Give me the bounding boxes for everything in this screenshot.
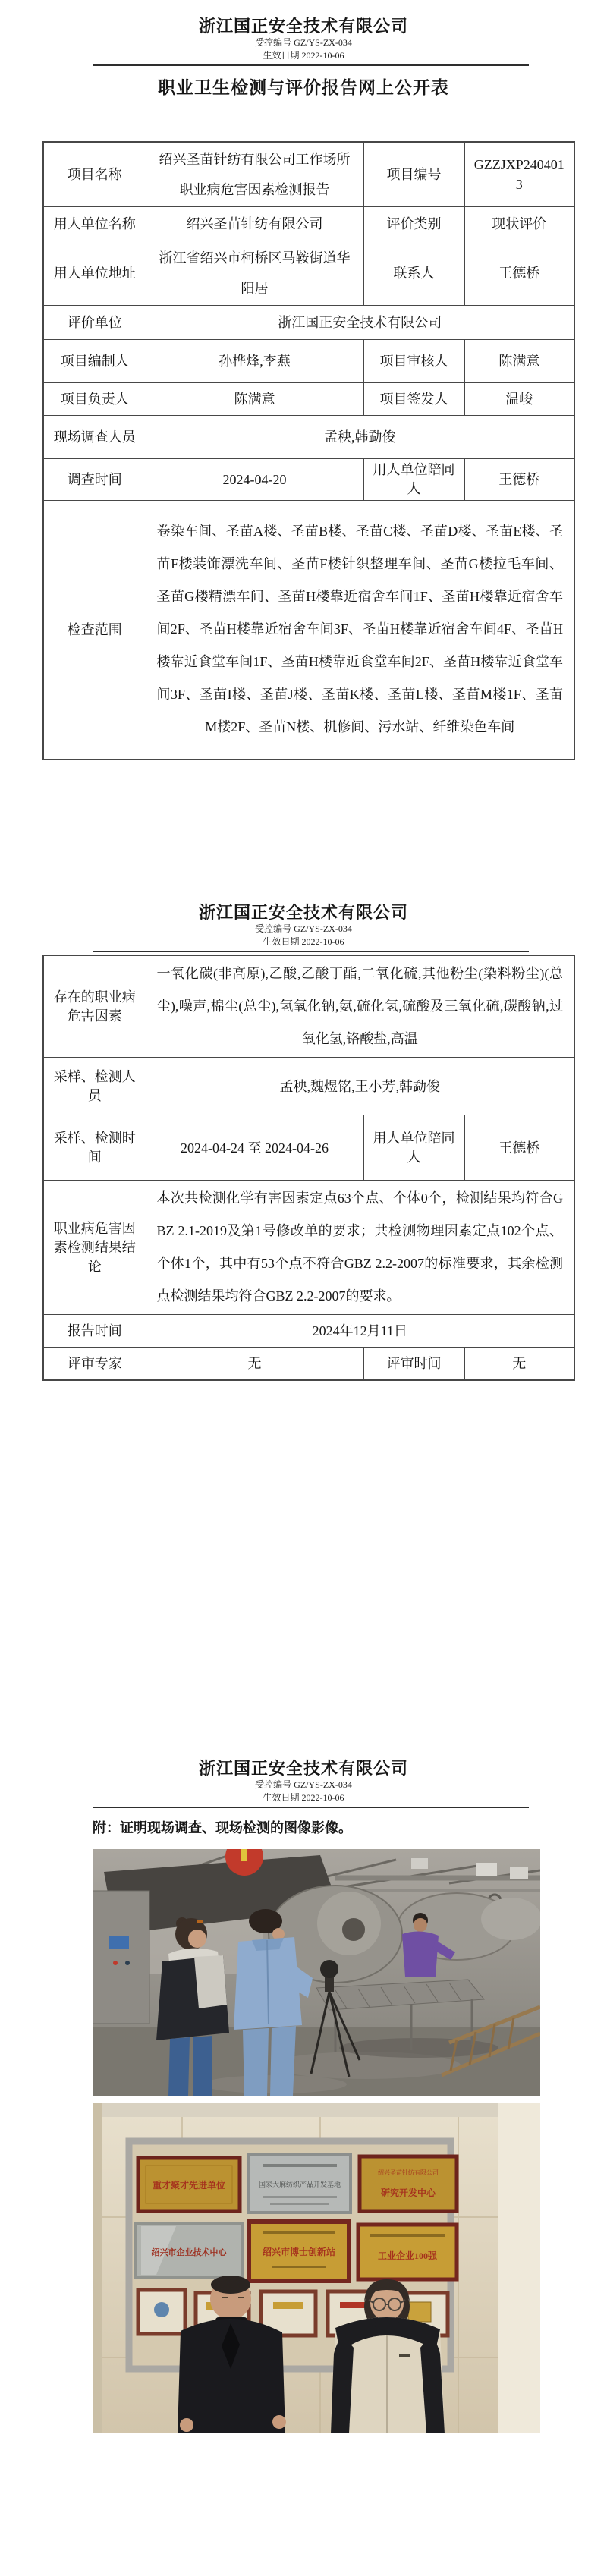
section-attachments: 浙江国正安全技术有限公司 受控编号 GZ/YS-ZX-034 生效日期 2022… — [0, 1759, 607, 2433]
review-time-value: 无 — [464, 1348, 574, 1380]
leader-label: 项目负责人 — [43, 383, 146, 416]
detection-results-table: 存在的职业病危害因素 一氧化碳(非高原),乙酸,乙酸丁酯,二氧化硫,其他粉尘(染… — [42, 955, 575, 1381]
plaque-text: 绍兴市博士创新站 — [263, 2246, 335, 2257]
table-row: 采样、检测人员 孟秧,魏煜铭,王小芳,韩勐俊 — [43, 1058, 574, 1115]
table-row: 职业病危害因素检测结果结论 本次共检测化学有害因素定点63个点、个体0个，检测结… — [43, 1181, 574, 1315]
header-rule — [93, 951, 529, 952]
table-row: 项目编制人 孙桦烽,李燕 项目审核人 陈满意 — [43, 340, 574, 383]
window — [510, 1867, 528, 1879]
compilers-label: 项目编制人 — [43, 340, 146, 383]
doc-header: 浙江国正安全技术有限公司 受控编号 GZ/YS-ZX-034 生效日期 2022… — [0, 1759, 607, 1804]
table-row: 采样、检测时间 2024-04-24 至 2024-04-26 用人单位陪同人 … — [43, 1115, 574, 1181]
issuer-value: 温峻 — [464, 383, 574, 416]
project-no-label: 项目编号 — [363, 142, 464, 207]
evaluation-org-label: 评价单位 — [43, 306, 146, 340]
plaque-text: 研究开发中心 — [380, 2187, 436, 2198]
employer-address-value: 浙江省绍兴市柯桥区马鞍街道华阳居 — [146, 241, 363, 306]
contact-value: 王德桥 — [464, 241, 574, 306]
company-name: 浙江国正安全技术有限公司 — [0, 903, 607, 923]
conclusion-value: 本次共检测化学有害因素定点63个点、个体0个，检测结果均符合GBZ 2.1-20… — [146, 1181, 574, 1315]
review-expert-label: 评审专家 — [43, 1348, 146, 1380]
section-project-info: 浙江国正安全技术有限公司 受控编号 GZ/YS-ZX-034 生效日期 2022… — [0, 17, 607, 760]
inspection-scope-label: 检查范围 — [43, 501, 146, 760]
contact-label: 联系人 — [363, 241, 464, 306]
effective-date: 生效日期 2022-10-06 — [0, 1791, 607, 1804]
doc-header: 浙江国正安全技术有限公司 受控编号 GZ/YS-ZX-034 生效日期 2022… — [0, 903, 607, 948]
employer-escort-value: 王德桥 — [464, 459, 574, 501]
plaque-text: 国家大麻纺织产品开发基地 — [259, 2180, 341, 2188]
table-row: 项目名称 绍兴圣苗针纺有限公司工作场所职业病危害因素检测报告 项目编号 GZZJ… — [43, 142, 574, 207]
sampling-time-label: 采样、检测时间 — [43, 1115, 146, 1181]
award-wall-photo: 重才聚才先进单位 国家大麻纺织产品开发基地 绍兴圣苗针纺有限公司 研究开发中心 … — [93, 2103, 540, 2433]
report-date-label: 报告时间 — [43, 1315, 146, 1348]
table-row: 报告时间 2024年12月11日 — [43, 1315, 574, 1348]
plaque-silver-2: 绍兴市企业技术中心 — [135, 2223, 243, 2278]
issuer-label: 项目签发人 — [363, 383, 464, 416]
wall-edge — [93, 2103, 102, 2433]
plaque-text: 绍兴圣苗针纺有限公司 — [378, 2169, 439, 2176]
project-name-label: 项目名称 — [43, 142, 146, 207]
report-page: 浙江国正安全技术有限公司 受控编号 GZ/YS-ZX-034 生效日期 2022… — [0, 0, 607, 2576]
doc-header: 浙江国正安全技术有限公司 受控编号 GZ/YS-ZX-034 生效日期 2022… — [0, 17, 607, 62]
header-rule — [93, 64, 529, 66]
employer-escort-label: 用人单位陪同人 — [363, 459, 464, 501]
table-row: 存在的职业病危害因素 一氧化碳(非高原),乙酸,乙酸丁酯,二氧化硫,其他粉尘(染… — [43, 955, 574, 1058]
employer-address-label: 用人单位地址 — [43, 241, 146, 306]
samplers-value: 孟秧,魏煜铭,王小芳,韩勐俊 — [146, 1058, 574, 1115]
plaque-silver-1: 国家大麻纺织产品开发基地 — [249, 2155, 351, 2213]
sign-mark — [241, 1849, 247, 1861]
controlled-number: 受控编号 GZ/YS-ZX-034 — [0, 1779, 607, 1791]
factory-inspection-photo — [93, 1849, 540, 2096]
table-row: 评审专家 无 评审时间 无 — [43, 1348, 574, 1380]
project-name-value: 绍兴圣苗针纺有限公司工作场所职业病危害因素检测报告 — [146, 142, 363, 207]
compilers-value: 孙桦烽,李燕 — [146, 340, 363, 383]
evaluation-type-value: 现状评价 — [464, 207, 574, 241]
sampling-time-value: 2024-04-24 至 2024-04-26 — [146, 1115, 363, 1181]
report-date-value: 2024年12月11日 — [146, 1315, 574, 1348]
plaque-gold-4: 工业企业100强 — [358, 2225, 457, 2279]
table-row: 用人单位名称 绍兴圣苗针纺有限公司 评价类别 现状评价 — [43, 207, 574, 241]
project-info-table: 项目名称 绍兴圣苗针纺有限公司工作场所职业病危害因素检测报告 项目编号 GZZJ… — [42, 141, 575, 760]
employer-name-label: 用人单位名称 — [43, 207, 146, 241]
table-row: 检查范围 卷染车间、圣苗A楼、圣苗B楼、圣苗C楼、圣苗D楼、圣苗E楼、圣苗F楼装… — [43, 501, 574, 760]
jacket-logo — [399, 2354, 410, 2357]
evaluation-type-label: 评价类别 — [363, 207, 464, 241]
table-row: 现场调查人员 孟秧,韩勐俊 — [43, 416, 574, 459]
employer-name-value: 绍兴圣苗针纺有限公司 — [146, 207, 363, 241]
project-no-value: GZZJXP2404013 — [464, 142, 574, 207]
hazards-label: 存在的职业病危害因素 — [43, 955, 146, 1058]
company-name: 浙江国正安全技术有限公司 — [0, 17, 607, 36]
hazards-value: 一氧化碳(非高原),乙酸,乙酸丁酯,二氧化硫,其他粉尘(染料粉尘)(总尘),噪声… — [146, 955, 574, 1058]
survey-date-value: 2024-04-20 — [146, 459, 363, 501]
form-title: 职业卫生检测与评价报告网上公开表 — [0, 76, 607, 99]
survey-date-label: 调查时间 — [43, 459, 146, 501]
review-expert-value: 无 — [146, 1348, 363, 1380]
leader-value: 陈满意 — [146, 383, 363, 416]
window — [411, 1858, 428, 1869]
wall-pillar — [498, 2103, 540, 2433]
section-detection-results: 浙江国正安全技术有限公司 受控编号 GZ/YS-ZX-034 生效日期 2022… — [0, 903, 607, 1381]
evaluation-org-value: 浙江国正安全技术有限公司 — [146, 306, 574, 340]
hair-clip — [197, 1920, 203, 1923]
field-investigators-label: 现场调查人员 — [43, 416, 146, 459]
table-row: 项目负责人 陈满意 项目签发人 温峻 — [43, 383, 574, 416]
plaque-text: 重才聚才先进单位 — [153, 2179, 225, 2191]
controlled-number: 受控编号 GZ/YS-ZX-034 — [0, 36, 607, 49]
control-panel — [93, 1891, 149, 2024]
plaque-gold-3: 绍兴市博士创新站 — [249, 2222, 349, 2281]
conclusion-label: 职业病危害因素检测结果结论 — [43, 1181, 146, 1315]
attachment-note: 附：证明现场调查、现场检测的图像影像。 — [93, 1819, 607, 1837]
inspection-scope-value: 卷染车间、圣苗A楼、圣苗B楼、圣苗C楼、圣苗D楼、圣苗E楼、圣苗F楼装饰漂洗车间… — [146, 501, 574, 760]
controlled-number: 受控编号 GZ/YS-ZX-034 — [0, 923, 607, 936]
panel-screen — [109, 1936, 129, 1949]
effective-date: 生效日期 2022-10-06 — [0, 49, 607, 62]
sound-meter-icon — [320, 1960, 338, 1978]
table-row: 调查时间 2024-04-20 用人单位陪同人 王德桥 — [43, 459, 574, 501]
table-row: 用人单位地址 浙江省绍兴市柯桥区马鞍街道华阳居 联系人 王德桥 — [43, 241, 574, 306]
table-row: 评价单位 浙江国正安全技术有限公司 — [43, 306, 574, 340]
plaque-text: 工业企业100强 — [378, 2250, 438, 2261]
header-rule — [93, 1807, 529, 1808]
company-name: 浙江国正安全技术有限公司 — [0, 1759, 607, 1779]
window — [476, 1863, 497, 1876]
employer-escort-label: 用人单位陪同人 — [363, 1115, 464, 1181]
field-investigators-value: 孟秧,韩勐俊 — [146, 416, 574, 459]
plaque-gold-1: 重才聚才先进单位 — [138, 2158, 240, 2211]
plaque-text: 绍兴市企业技术中心 — [152, 2247, 228, 2257]
reviewer-label: 项目审核人 — [363, 340, 464, 383]
reviewer-value: 陈满意 — [464, 340, 574, 383]
ceiling-strip — [93, 2103, 540, 2117]
employer-escort-value: 王德桥 — [464, 1115, 574, 1181]
review-time-label: 评审时间 — [363, 1348, 464, 1380]
samplers-label: 采样、检测人员 — [43, 1058, 146, 1115]
effective-date: 生效日期 2022-10-06 — [0, 936, 607, 948]
plaque-gold-2: 绍兴圣苗针纺有限公司 研究开发中心 — [360, 2156, 457, 2211]
